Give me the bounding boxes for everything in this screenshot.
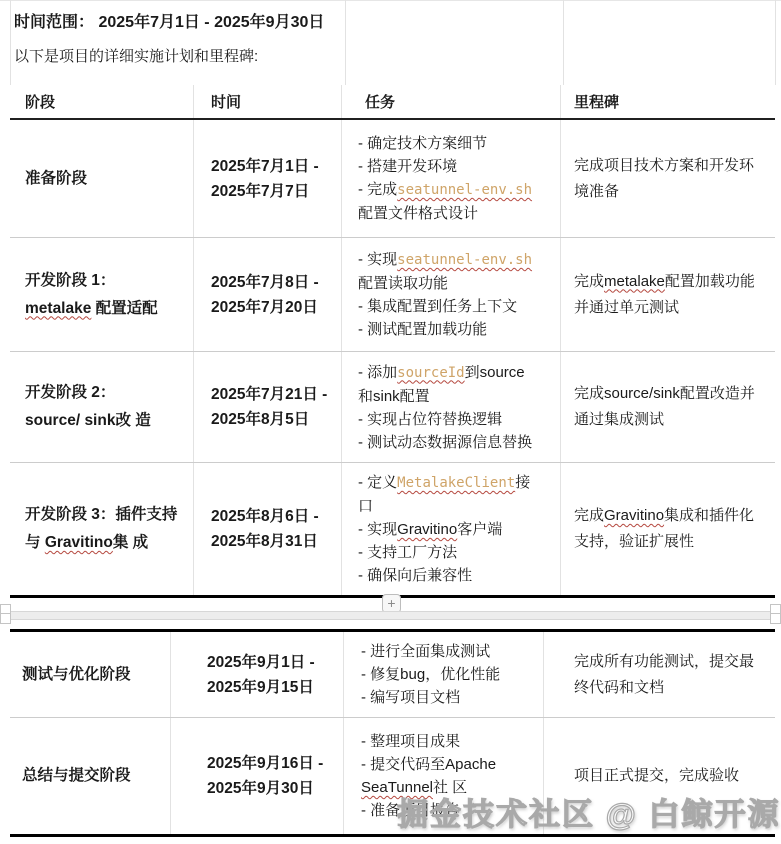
tasks-content: - 添加sourceId到source和sink配置- 实现占位符替换逻辑- 测… — [342, 361, 560, 454]
time-cell: 2025年7月8日 -2025年7月20日 — [193, 238, 341, 351]
cell-text: - 整理项目成果 — [361, 733, 460, 750]
cell-text: 配置读取功能 — [358, 275, 448, 292]
cell-text: - 定义 — [358, 474, 397, 491]
cell-text: 完成 — [574, 273, 604, 290]
tasks-content: - 确定技术方案细节- 搭建开发环境- 完成seatunnel-env.sh配置… — [342, 132, 560, 225]
cell-text: - 确保向后兼容性 — [358, 567, 472, 584]
column-gridline — [563, 0, 564, 85]
ruler-left-handle[interactable] — [0, 604, 11, 624]
time-content: 2025年9月1日 -2025年9月15日 — [171, 650, 343, 700]
cell-text: Gravitino — [604, 507, 664, 524]
cell-text: 完成source/sink配置改造并通过集成测试 — [574, 385, 755, 428]
tasks-cell: - 确定技术方案细节- 搭建开发环境- 完成seatunnel-env.sh配置… — [341, 120, 560, 237]
cell-text: Gravitino — [397, 521, 457, 538]
cell-text: 开发阶段 1： — [25, 272, 115, 289]
time-cell: 2025年9月1日 -2025年9月15日 — [170, 632, 343, 717]
cell-text: 准备阶段 — [25, 170, 87, 187]
phase-cell: 测试与优化阶段 — [10, 632, 170, 717]
cell-text: - 搭建开发环境 — [358, 158, 457, 175]
header-time: 时间 — [193, 85, 341, 118]
cell-text: - 支持工厂方法 — [358, 544, 457, 561]
column-gridline — [775, 0, 776, 85]
cell-text: - 完成 — [358, 181, 397, 198]
cell-text: 接 — [515, 474, 530, 491]
cell-text: - 准备项目报告 — [361, 802, 460, 819]
tasks-content: - 实现seatunnel-env.sh配置读取功能- 集成配置到任务上下文- … — [342, 248, 560, 341]
cell-text: 配置适配 — [91, 300, 157, 317]
phase-cell: 开发阶段 2：source/ sink改 造 — [10, 352, 193, 462]
milestone-content: 完成Gravitino集成和插件化支持，验证扩展性 — [561, 503, 775, 555]
table-header-row: 阶段 时间 任务 里程碑 — [10, 85, 775, 120]
header-tasks: 任务 — [341, 85, 560, 118]
table-row: 开发阶段 2：source/ sink改 造2025年7月21日 -2025年8… — [10, 352, 775, 463]
document-page: 时间范围： 2025年7月1日 - 2025年9月30日 以下是项目的详细实施计… — [0, 0, 781, 844]
cell-text: 口 — [358, 498, 373, 515]
cell-text: - 修复bug，优化性能 — [361, 666, 500, 683]
tasks-cell: - 添加sourceId到source和sink配置- 实现占位符替换逻辑- 测… — [341, 352, 560, 462]
cell-text: 开发阶段 3：插件支持 — [25, 506, 177, 523]
code-text: MetalakeClient — [397, 475, 515, 491]
code-text: sourceId — [397, 365, 464, 381]
cell-text: 开发阶段 2： — [25, 384, 115, 401]
phase-content: 开发阶段 3：插件支持与 Gravitino集 成 — [10, 501, 193, 557]
plan-table-part2: 测试与优化阶段2025年9月1日 -2025年9月15日- 进行全面集成测试- … — [10, 629, 775, 837]
cell-text: source/ sink改 造 — [25, 412, 151, 429]
cell-text: - 确定技术方案细节 — [358, 135, 487, 152]
cell-text: 2025年9月30日 — [207, 780, 314, 797]
cell-text: - 实现 — [358, 521, 397, 538]
cell-text: - 添加 — [358, 364, 397, 381]
tasks-content: - 定义MetalakeClient接口- 实现Gravitino客户端- 支持… — [342, 471, 560, 587]
cell-text: 总结与提交阶段 — [22, 767, 131, 784]
time-range-line: 时间范围： 2025年7月1日 - 2025年9月30日 — [14, 9, 324, 32]
time-content: 2025年7月1日 -2025年7月7日 — [194, 154, 341, 204]
cell-text: 和sink配置 — [358, 388, 430, 405]
milestone-content: 完成source/sink配置改造并通过集成测试 — [561, 381, 775, 433]
phase-content: 测试与优化阶段 — [10, 661, 170, 689]
column-gridline — [10, 0, 11, 85]
cell-text: 2025年7月8日 - — [211, 274, 319, 291]
cell-text: 2025年7月7日 — [211, 183, 309, 200]
milestone-cell: 完成Gravitino集成和插件化支持，验证扩展性 — [560, 463, 775, 595]
time-content: 2025年7月21日 -2025年8月5日 — [194, 382, 341, 432]
phase-content: 准备阶段 — [10, 165, 193, 193]
cell-text: 到source — [465, 364, 525, 381]
phase-content: 开发阶段 1：metalake 配置适配 — [10, 267, 193, 323]
tasks-cell: - 进行全面集成测试- 修复bug，优化性能- 编写项目文档 — [343, 632, 543, 717]
cell-text: 社 区 — [433, 779, 467, 796]
milestone-cell: 完成项目技术方案和开发环境准备 — [560, 120, 775, 237]
cell-text: metalake — [25, 300, 91, 317]
time-content: 2025年9月16日 -2025年9月30日 — [171, 751, 343, 801]
column-gridline — [345, 0, 346, 85]
cell-text: 2025年7月1日 - — [211, 158, 319, 175]
time-cell: 2025年7月1日 -2025年7月7日 — [193, 120, 341, 237]
table-body: 测试与优化阶段2025年9月1日 -2025年9月15日- 进行全面集成测试- … — [10, 632, 775, 837]
time-cell: 2025年7月21日 -2025年8月5日 — [193, 352, 341, 462]
time-cell: 2025年9月16日 -2025年9月30日 — [170, 718, 343, 834]
time-content: 2025年7月8日 -2025年7月20日 — [194, 270, 341, 320]
milestone-content: 完成metalake配置加载功能并通过单元测试 — [561, 269, 775, 321]
cell-text: 2025年9月1日 - — [207, 654, 315, 671]
tasks-content: - 进行全面集成测试- 修复bug，优化性能- 编写项目文档 — [344, 640, 543, 709]
cell-text: 2025年7月20日 — [211, 299, 318, 316]
cell-text: - 编写项目文档 — [361, 689, 460, 706]
table-body: 准备阶段2025年7月1日 -2025年7月7日- 确定技术方案细节- 搭建开发… — [10, 120, 775, 598]
code-text: seatunnel-env.sh — [397, 252, 532, 268]
cell-text: - 实现 — [358, 251, 397, 268]
cell-text: - 测试配置加载功能 — [358, 321, 487, 338]
table-row: 测试与优化阶段2025年9月1日 -2025年9月15日- 进行全面集成测试- … — [10, 632, 775, 718]
cell-text: 2025年9月16日 - — [207, 755, 323, 772]
cell-text: - 进行全面集成测试 — [361, 643, 490, 660]
header-phase: 阶段 — [10, 85, 193, 118]
time-range-label: 时间范围： — [14, 14, 94, 31]
cell-text: 2025年8月6日 - — [211, 508, 319, 525]
milestone-cell: 完成所有功能测试，提交最终代码和文档 — [543, 632, 775, 717]
header-milestone: 里程碑 — [560, 85, 775, 118]
table-row: 总结与提交阶段2025年9月16日 -2025年9月30日- 整理项目成果- 提… — [10, 718, 775, 837]
cell-text: 测试与优化阶段 — [22, 666, 131, 683]
cell-text: metalake — [604, 273, 665, 290]
cell-text: 与 — [25, 534, 45, 551]
cell-text: 完成所有功能测试，提交最终代码和文档 — [574, 653, 754, 696]
cell-text: 完成项目技术方案和开发环境准备 — [574, 157, 754, 200]
table-row: 开发阶段 1：metalake 配置适配2025年7月8日 -2025年7月20… — [10, 238, 775, 352]
cell-text: Gravitino — [45, 534, 113, 551]
cell-text: 配置文件格式设计 — [358, 205, 478, 222]
cell-text: - 测试动态数据源信息替换 — [358, 434, 532, 451]
table-row: 开发阶段 3：插件支持与 Gravitino集 成2025年8月6日 -2025… — [10, 463, 775, 598]
tasks-cell: - 实现seatunnel-env.sh配置读取功能- 集成配置到任务上下文- … — [341, 238, 560, 351]
time-cell: 2025年8月6日 -2025年8月31日 — [193, 463, 341, 595]
cell-text: - 实现占位符替换逻辑 — [358, 411, 502, 428]
cell-text: - 集成配置到任务上下文 — [358, 298, 517, 315]
phase-content: 开发阶段 2：source/ sink改 造 — [10, 379, 193, 435]
time-content: 2025年8月6日 -2025年8月31日 — [194, 504, 341, 554]
tasks-cell: - 整理项目成果- 提交代码至ApacheSeaTunnel社 区- 准备项目报… — [343, 718, 543, 834]
cell-text: 2025年7月21日 - — [211, 386, 327, 403]
milestone-cell: 项目正式提交，完成验收 — [543, 718, 775, 834]
cell-text: 集 成 — [113, 534, 148, 551]
phase-cell: 总结与提交阶段 — [10, 718, 170, 834]
cell-text: 2025年8月5日 — [211, 411, 309, 428]
tasks-content: - 整理项目成果- 提交代码至ApacheSeaTunnel社 区- 准备项目报… — [344, 730, 543, 822]
milestone-content: 完成所有功能测试，提交最终代码和文档 — [544, 649, 775, 701]
plan-subtitle: 以下是项目的详细实施计划和里程碑: — [14, 45, 258, 66]
cell-text: - 提交代码至Apache — [361, 756, 496, 773]
table-row: 准备阶段2025年7月1日 -2025年7月7日- 确定技术方案细节- 搭建开发… — [10, 120, 775, 238]
tasks-cell: - 定义MetalakeClient接口- 实现Gravitino客户端- 支持… — [341, 463, 560, 595]
phase-content: 总结与提交阶段 — [10, 762, 170, 790]
milestone-content: 完成项目技术方案和开发环境准备 — [561, 153, 775, 205]
horizontal-ruler-band[interactable] — [0, 611, 781, 620]
milestone-cell: 完成metalake配置加载功能并通过单元测试 — [560, 238, 775, 351]
cell-text: 2025年8月31日 — [211, 533, 318, 550]
milestone-cell: 完成source/sink配置改造并通过集成测试 — [560, 352, 775, 462]
cell-text: 2025年9月15日 — [207, 679, 314, 696]
cell-text: 完成 — [574, 507, 604, 524]
plan-table-part1: 阶段 时间 任务 里程碑 准备阶段2025年7月1日 -2025年7月7日- 确… — [10, 85, 775, 598]
phase-cell: 开发阶段 3：插件支持与 Gravitino集 成 — [10, 463, 193, 595]
cell-text: 客户端 — [457, 521, 502, 538]
cell-text: SeaTunnel — [361, 779, 433, 796]
phase-cell: 准备阶段 — [10, 120, 193, 237]
cell-text: 项目正式提交，完成验收 — [574, 767, 739, 784]
grid-top-line — [0, 0, 781, 1]
phase-cell: 开发阶段 1：metalake 配置适配 — [10, 238, 193, 351]
ruler-right-handle[interactable] — [770, 604, 781, 624]
time-range-value: 2025年7月1日 - 2025年9月30日 — [98, 14, 324, 31]
code-text: seatunnel-env.sh — [397, 182, 532, 198]
milestone-content: 项目正式提交，完成验收 — [544, 763, 775, 789]
